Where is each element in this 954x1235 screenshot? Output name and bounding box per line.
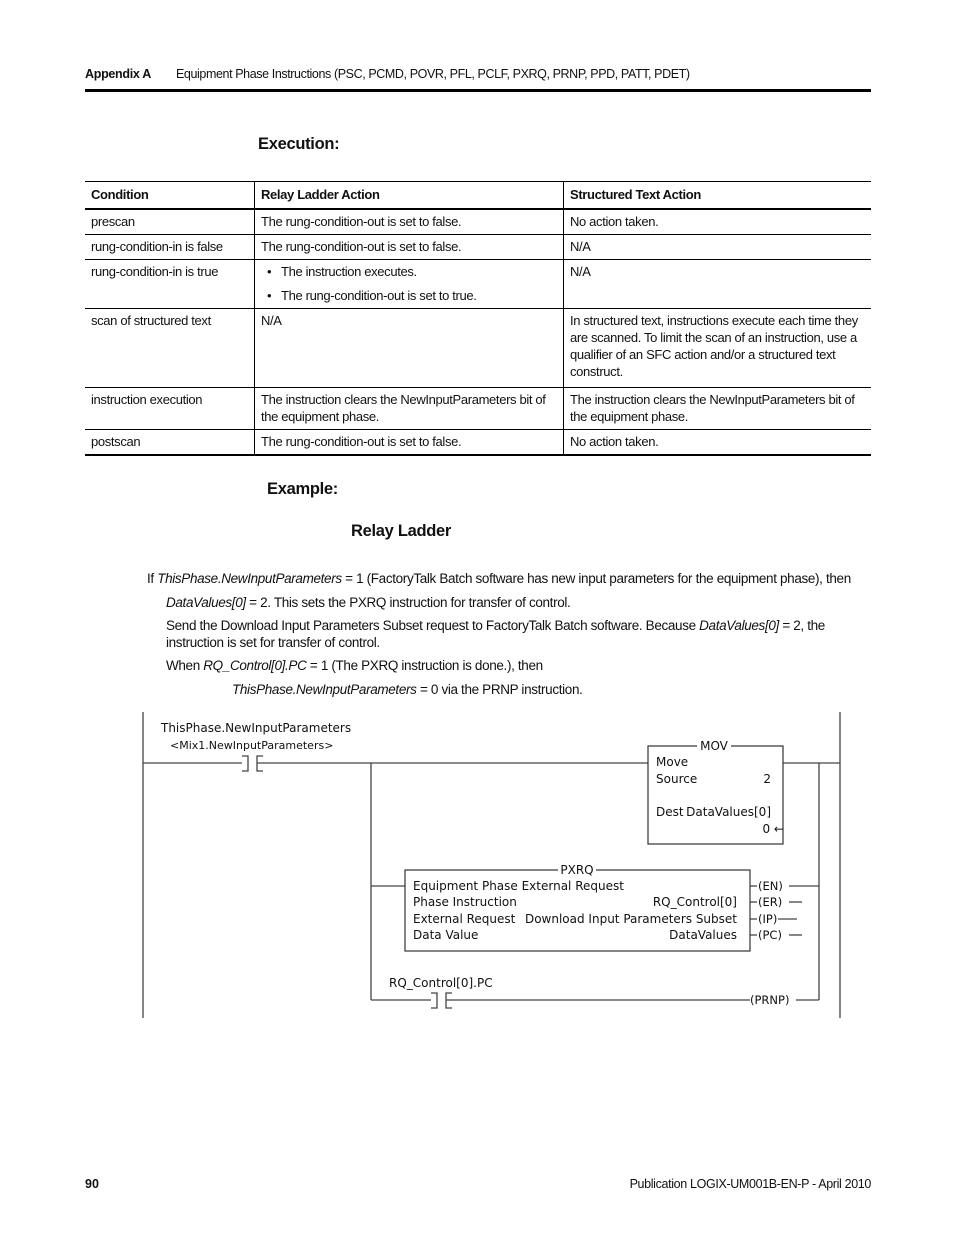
output-er: (ER)	[758, 895, 782, 909]
table-row: scan of structured text N/A In structure…	[85, 309, 871, 388]
header-section: Appendix A	[85, 67, 151, 81]
mov-dest-value: 0 ←	[762, 822, 784, 836]
cell-relay: N/A	[255, 309, 564, 388]
column-header-condition: Condition	[85, 182, 255, 210]
table-row: rung-condition-in is true The instructio…	[85, 260, 871, 309]
relay-ladder-heading: Relay Ladder	[351, 522, 451, 541]
cell-relay: The rung-condition-out is set to false.	[255, 430, 564, 456]
cell-relay: The rung-condition-out is set to false.	[255, 235, 564, 260]
mov-source-value: 2	[763, 772, 771, 786]
example-paragraph-4: When RQ_Control[0].PC = 1 (The PXRQ inst…	[166, 657, 543, 674]
example-heading: Example:	[267, 480, 338, 499]
cell-st: No action taken.	[564, 209, 872, 235]
cell-condition: instruction execution	[85, 388, 255, 430]
contact1-xic-icon	[242, 756, 263, 771]
contact1-alias: <Mix1.NewInputParameters>	[170, 739, 333, 752]
cell-condition: rung-condition-in is false	[85, 235, 255, 260]
cell-relay: The rung-condition-out is set to false.	[255, 209, 564, 235]
execution-table: Condition Relay Ladder Action Structured…	[85, 181, 871, 456]
contact1-tag: ThisPhase.NewInputParameters	[160, 721, 351, 735]
output-en: (EN)	[758, 879, 783, 893]
bullet-list: The instruction executes. The rung-condi…	[261, 263, 557, 304]
mov-name: MOV	[700, 739, 729, 753]
pxrq-value: Download Input Parameters Subset	[525, 912, 737, 926]
header-title: Equipment Phase Instructions (PSC, PCMD,…	[176, 67, 690, 81]
mov-dest-tag: DataValues[0]	[686, 805, 771, 819]
cell-st: No action taken.	[564, 430, 872, 456]
pxrq-label: Phase Instruction	[413, 895, 517, 909]
mov-dest-label: Dest	[656, 805, 684, 819]
pxrq-instruction-block: PXRQ Equipment Phase External Request Ph…	[405, 863, 750, 951]
table-header-row: Condition Relay Ladder Action Structured…	[85, 182, 871, 210]
cell-condition: scan of structured text	[85, 309, 255, 388]
prnp-coil-icon: (PRNP)	[750, 993, 789, 1007]
example-paragraph-1: If ThisPhase.NewInputParameters = 1 (Fac…	[147, 570, 851, 587]
cell-st: In structured text, instructions execute…	[564, 309, 872, 388]
cell-relay: The instruction clears the NewInputParam…	[255, 388, 564, 430]
execution-heading: Execution:	[258, 135, 339, 154]
cell-condition: prescan	[85, 209, 255, 235]
pxrq-outputs: (EN) (ER) (IP) (PC)	[750, 879, 819, 942]
pxrq-label: Data Value	[413, 928, 478, 942]
column-header-relay: Relay Ladder Action	[255, 182, 564, 210]
table-row: postscan The rung-condition-out is set t…	[85, 430, 871, 456]
cell-st: The instruction clears the NewInputParam…	[564, 388, 872, 430]
cell-st: N/A	[564, 235, 872, 260]
pxrq-label: External Request	[413, 912, 516, 926]
cell-st: N/A	[564, 260, 872, 309]
pxrq-value: RQ_Control[0]	[653, 895, 737, 909]
page-number: 90	[85, 1177, 99, 1191]
pxrq-value: DataValues	[669, 928, 737, 942]
mov-source-label: Source	[656, 772, 697, 786]
column-header-st: Structured Text Action	[564, 182, 872, 210]
pxrq-title: Equipment Phase External Request	[413, 879, 624, 893]
output-ip: (IP)	[758, 912, 777, 926]
table-row: rung-condition-in is false The rung-cond…	[85, 235, 871, 260]
header-rule	[85, 89, 871, 92]
mov-title: Move	[656, 755, 688, 769]
pxrq-name: PXRQ	[560, 863, 593, 877]
example-paragraph-5: ThisPhase.NewInputParameters = 0 via the…	[232, 681, 583, 698]
mov-instruction-block: MOV Move Source 2 Dest DataValues[0] 0 ←	[648, 739, 784, 844]
contact2-tag: RQ_Control[0].PC	[389, 976, 493, 990]
output-pc: (PC)	[758, 928, 782, 942]
cell-relay: The instruction executes. The rung-condi…	[255, 260, 564, 309]
bullet-item: The rung-condition-out is set to true.	[261, 287, 557, 304]
cell-condition: postscan	[85, 430, 255, 456]
publication-info: Publication LOGIX-UM001B-EN-P - April 20…	[630, 1177, 871, 1191]
example-paragraph-2: DataValues[0] = 2. This sets the PXRQ in…	[166, 594, 570, 611]
contact2-xic-icon	[431, 993, 452, 1008]
example-paragraph-3: Send the Download Input Parameters Subse…	[166, 617, 846, 651]
bullet-item: The instruction executes.	[261, 263, 557, 280]
table-row: prescan The rung-condition-out is set to…	[85, 209, 871, 235]
cell-condition: rung-condition-in is true	[85, 260, 255, 309]
table-row: instruction execution The instruction cl…	[85, 388, 871, 430]
